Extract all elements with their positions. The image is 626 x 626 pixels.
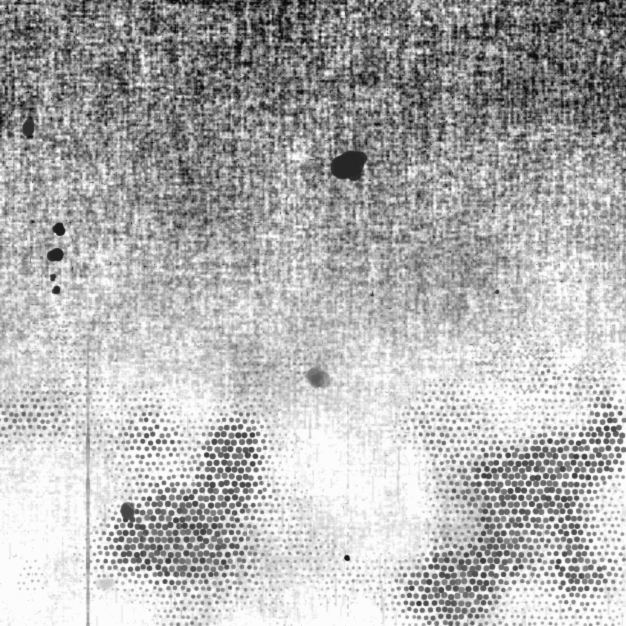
grunge-texture-image [0, 0, 626, 626]
grunge-texture-canvas [0, 0, 626, 626]
